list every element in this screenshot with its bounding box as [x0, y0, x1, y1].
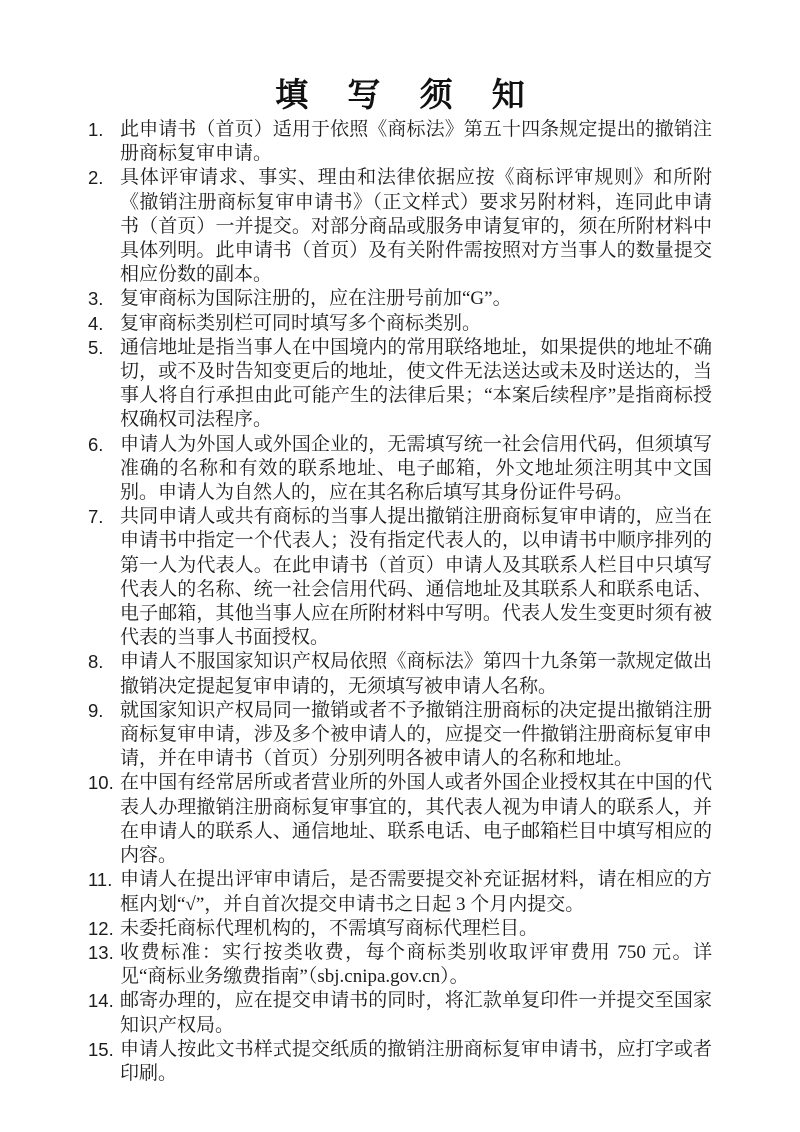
instruction-item-4: 4. 复审商标类别栏可同时填写多个商标类别。 — [88, 312, 712, 336]
item-text: 申请人在提出评审申请后，是否需要提交补充证据材料，请在相应的方框内划“√”，并自… — [120, 868, 712, 916]
item-text: 共同申请人或共有商标的当事人提出撤销注册商标复审申请的，应当在申请书中指定一个代… — [120, 505, 712, 650]
instruction-item-10: 10. 在中国有经常居所或者营业所的外国人或者外国企业授权其在中国的代表人办理撤… — [88, 771, 712, 868]
instruction-item-9: 9. 就国家知识产权局同一撤销或者不予撤销注册商标的决定提出撤销注册商标复审申请… — [88, 699, 712, 772]
item-number: 14. — [88, 989, 120, 1013]
instruction-item-13: 13. 收费标准：实行按类收费，每个商标类别收取评审费用 750 元。详见“商标… — [88, 941, 712, 989]
item-text: 未委托商标代理机构的，不需填写商标代理栏目。 — [120, 917, 712, 941]
item-number: 8. — [88, 650, 120, 674]
item-text: 邮寄办理的，应在提交申请书的同时，将汇款单复印件一并提交至国家知识产权局。 — [120, 989, 712, 1037]
instruction-item-1: 1. 此申请书（首页）适用于依照《商标法》第五十四条规定提出的撤销注册商标复审申… — [88, 118, 712, 166]
item-number: 6. — [88, 433, 120, 457]
item-number: 4. — [88, 312, 120, 336]
item-text: 申请人为外国人或外国企业的，无需填写统一社会信用代码，但须填写准确的名称和有效的… — [120, 433, 712, 506]
item-number: 5. — [88, 336, 120, 360]
item-text: 收费标准：实行按类收费，每个商标类别收取评审费用 750 元。详见“商标业务缴费… — [120, 941, 712, 989]
instruction-item-8: 8. 申请人不服国家知识产权局依照《商标法》第四十九条第一款规定做出撤销决定提起… — [88, 650, 712, 698]
item-number: 1. — [88, 118, 120, 142]
item-number: 7. — [88, 505, 120, 529]
item-text: 在中国有经常居所或者营业所的外国人或者外国企业授权其在中国的代表人办理撤销注册商… — [120, 771, 712, 868]
item-text: 具体评审请求、事实、理由和法律依据应按《商标评审规则》和所附《撤销注册商标复审申… — [120, 166, 712, 287]
instruction-item-2: 2. 具体评审请求、事实、理由和法律依据应按《商标评审规则》和所附《撤销注册商标… — [88, 166, 712, 287]
instruction-item-6: 6. 申请人为外国人或外国企业的，无需填写统一社会信用代码，但须填写准确的名称和… — [88, 433, 712, 506]
item-number: 12. — [88, 917, 120, 941]
instruction-item-11: 11. 申请人在提出评审申请后，是否需要提交补充证据材料，请在相应的方框内划“√… — [88, 868, 712, 916]
item-number: 9. — [88, 699, 120, 723]
item-number: 15. — [88, 1038, 120, 1062]
item-text: 复审商标类别栏可同时填写多个商标类别。 — [120, 312, 712, 336]
item-number: 10. — [88, 771, 120, 795]
document-title: 填 写 须 知 — [0, 0, 800, 111]
instruction-item-15: 15. 申请人按此文书样式提交纸质的撤销注册商标复审申请书，应打字或者印刷。 — [88, 1038, 712, 1086]
item-text: 申请人不服国家知识产权局依照《商标法》第四十九条第一款规定做出撤销决定提起复审申… — [120, 650, 712, 698]
instruction-list: 1. 此申请书（首页）适用于依照《商标法》第五十四条规定提出的撤销注册商标复审申… — [88, 118, 712, 1086]
document-page: 填 写 须 知 1. 此申请书（首页）适用于依照《商标法》第五十四条规定提出的撤… — [0, 0, 800, 1132]
item-text: 通信地址是指当事人在中国境内的常用联络地址，如果提供的地址不确切，或不及时告知变… — [120, 336, 712, 433]
item-text: 此申请书（首页）适用于依照《商标法》第五十四条规定提出的撤销注册商标复审申请。 — [120, 118, 712, 166]
instruction-item-5: 5. 通信地址是指当事人在中国境内的常用联络地址，如果提供的地址不确切，或不及时… — [88, 336, 712, 433]
instruction-item-7: 7. 共同申请人或共有商标的当事人提出撤销注册商标复审申请的，应当在申请书中指定… — [88, 505, 712, 650]
item-number: 2. — [88, 166, 120, 190]
item-number: 11. — [88, 868, 120, 892]
item-number: 13. — [88, 941, 120, 965]
item-text: 复审商标为国际注册的，应在注册号前加“G”。 — [120, 287, 712, 311]
instruction-item-3: 3. 复审商标为国际注册的，应在注册号前加“G”。 — [88, 287, 712, 311]
item-number: 3. — [88, 287, 120, 311]
instruction-item-14: 14. 邮寄办理的，应在提交申请书的同时，将汇款单复印件一并提交至国家知识产权局… — [88, 989, 712, 1037]
item-text: 申请人按此文书样式提交纸质的撤销注册商标复审申请书，应打字或者印刷。 — [120, 1038, 712, 1086]
instruction-item-12: 12. 未委托商标代理机构的，不需填写商标代理栏目。 — [88, 917, 712, 941]
item-text: 就国家知识产权局同一撤销或者不予撤销注册商标的决定提出撤销注册商标复审申请，涉及… — [120, 699, 712, 772]
